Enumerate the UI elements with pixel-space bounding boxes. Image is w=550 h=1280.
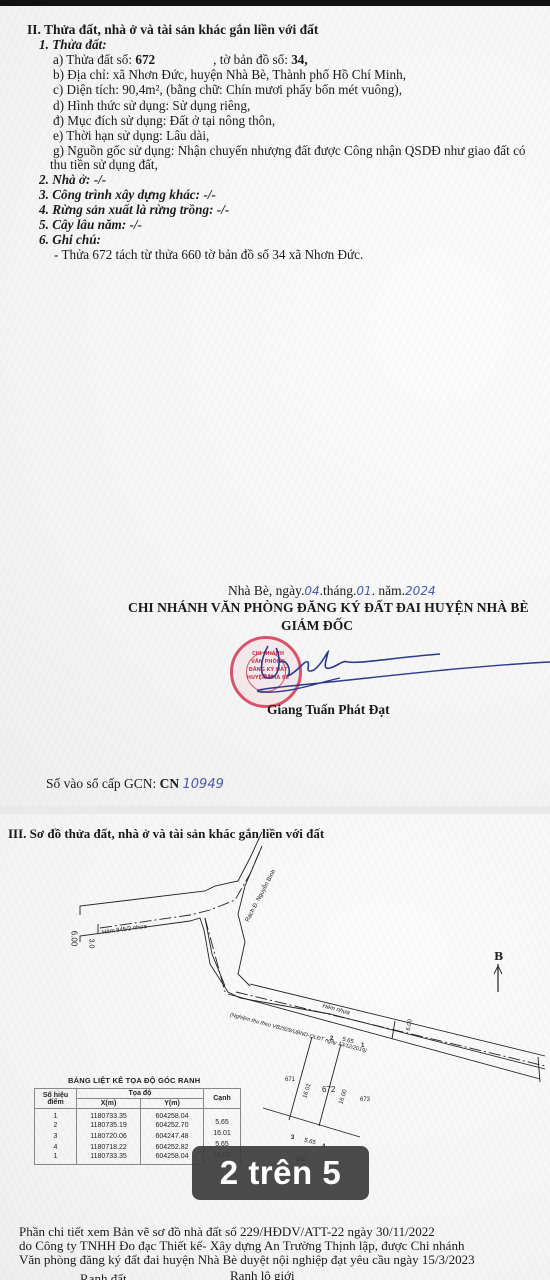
map-label-width-6: 6.00 bbox=[69, 931, 78, 947]
col-y: Y(m) bbox=[141, 1099, 204, 1109]
page-indicator: 2 trên 5 bbox=[192, 1146, 369, 1200]
north-arrow-icon: B bbox=[494, 950, 503, 963]
issue-month: 01 bbox=[356, 584, 371, 598]
perennial-trees-line: 5. Cây lâu năm: -/- bbox=[39, 217, 142, 232]
section-2-title: II. Thửa đất, nhà ở và tài sản khác gắn … bbox=[27, 22, 318, 37]
signature-icon bbox=[230, 640, 550, 700]
map-label-width-3: 3.0 bbox=[87, 939, 94, 949]
issue-year: 2024 bbox=[405, 584, 436, 598]
parcel-number: 672 bbox=[135, 52, 155, 67]
issue-date: Nhà Bè, ngày.04.tháng.01. năm.2024 bbox=[228, 583, 436, 599]
col-coords: Tọa độ bbox=[77, 1089, 204, 1099]
other-construction-line: 3. Công trình xây dựng khác: -/- bbox=[39, 187, 216, 202]
col-edge: Cạnh bbox=[204, 1089, 241, 1109]
house-line: 2. Nhà ở: -/- bbox=[39, 172, 106, 187]
planted-forest-line: 4. Rừng sản xuất là rừng trồng: -/- bbox=[39, 202, 229, 217]
col-point-id: Số hiệu điểm bbox=[35, 1089, 77, 1109]
usage-form-line: d) Hình thức sử dụng: Sử dụng riêng, bbox=[53, 98, 250, 113]
issuing-office: CHI NHÁNH VĂN PHÒNG ĐĂNG KÝ ĐẤT ĐAI HUYỆ… bbox=[128, 600, 529, 615]
issue-day: 04 bbox=[304, 584, 319, 598]
notes-heading: 6. Ghi chú: bbox=[39, 232, 101, 247]
map-parcel-672: 672 bbox=[322, 1085, 335, 1094]
address-line: b) Địa chỉ: xã Nhơn Đức, huyện Nhà Bè, T… bbox=[53, 67, 406, 82]
legend-land-boundary: Ranh đất bbox=[80, 1271, 127, 1280]
map-parcel-671: 671 bbox=[285, 1077, 295, 1083]
origin-line-2: thu tiền sử dụng đất, bbox=[50, 157, 158, 172]
page-separator bbox=[0, 806, 550, 814]
gcn-registry: Số vào sổ cấp GCN: CN 10949 bbox=[46, 776, 224, 792]
usage-purpose-line: đ) Mục đích sử dụng: Đất ở tại nông thôn… bbox=[53, 113, 275, 128]
coord-table-title: BẢNG LIỆT KÊ TỌA ĐỘ GÓC RANH bbox=[68, 1076, 200, 1085]
map-sheet-number: 34, bbox=[291, 52, 307, 67]
footer-line-1: Phần chi tiết xem Bản vẽ sơ đồ nhà đất s… bbox=[19, 1224, 435, 1239]
map-point-3: 3 bbox=[291, 1135, 294, 1141]
director-title: GIÁM ĐỐC bbox=[281, 618, 353, 633]
footer-line-2: do Công ty TNHH Đo đạc Thiết kế- Xây dựn… bbox=[19, 1238, 464, 1253]
map-point-2: 2 bbox=[330, 1036, 333, 1042]
land-heading: 1. Thửa đất: bbox=[39, 37, 107, 52]
parcel-info: a) Thửa đất số: 672, tờ bản đồ số: 34, bbox=[53, 52, 308, 67]
map-parcel-673: 673 bbox=[360, 1097, 370, 1103]
origin-line-1: g) Nguồn gốc sử dụng: Nhận chuyển nhượng… bbox=[53, 143, 526, 158]
usage-term-line: e) Thời hạn sử dụng: Lâu dài, bbox=[53, 128, 209, 143]
map-point-1: 1 bbox=[361, 1043, 364, 1049]
gcn-number: 10949 bbox=[183, 777, 224, 792]
notes-text: - Thửa 672 tách từ thửa 660 tờ bản đồ số… bbox=[54, 247, 363, 262]
col-x: X(m) bbox=[77, 1099, 141, 1109]
area-line: c) Diện tích: 90,4m², (bằng chữ: Chín mư… bbox=[53, 82, 402, 97]
legend-lot-boundary: Ranh lô giới bbox=[230, 1268, 295, 1280]
table-row: 1 1180733.35 604258.04 5.65 16.01 5.65 1… bbox=[35, 1109, 241, 1121]
footer-line-3: Văn phòng đăng ký đất đai huyện Nhà Bè d… bbox=[19, 1252, 475, 1267]
signer-name: Giang Tuấn Phát Đạt bbox=[267, 702, 390, 717]
